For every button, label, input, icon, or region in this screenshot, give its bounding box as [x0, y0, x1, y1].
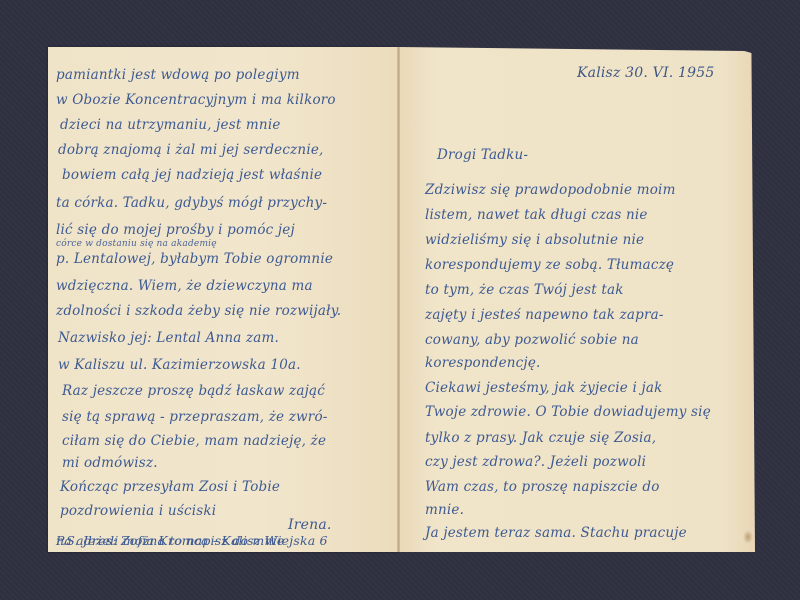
- right-line-5: to tym, że czas Twój jest tak: [425, 282, 624, 298]
- left-line-5: bowiem całą jej nadzieją jest właśnie: [62, 167, 322, 183]
- left-line-12: w Kaliszu ul. Kazimierzowska 10a.: [58, 357, 301, 373]
- right-line-1: Zdziwisz się prawdopodobnie moim: [425, 182, 676, 198]
- right-line-8: korespondencję.: [425, 355, 541, 371]
- right-line-9: Ciekawi jesteśmy, jak żyjecie i jak: [425, 380, 663, 396]
- dateline: Kalisz 30. VI. 1955: [577, 65, 714, 81]
- left-page: pamiantki jest wdową po polegiym w Obozi…: [48, 47, 398, 552]
- right-line-12: czy jest zdrowa?. Jeżeli pozwoli: [425, 454, 646, 470]
- left-line-13: Raz jeszcze proszę bądź łaskaw zająć: [62, 383, 325, 399]
- left-line-1: pamiantki jest wdową po polegiym: [56, 67, 300, 83]
- salutation: Drogi Tadku-: [437, 147, 528, 163]
- signature: Irena.: [288, 517, 332, 533]
- page-fold: [397, 47, 400, 552]
- right-line-6: zajęty i jesteś napewno tak zapra-: [425, 307, 664, 323]
- paper-stain: [743, 530, 753, 544]
- left-line-14: się tą sprawą - przepraszam, że zwró-: [62, 409, 328, 425]
- left-line-9: wdzięczna. Wiem, że dziewczyna ma: [56, 278, 313, 294]
- right-line-3: widzieliśmy się i absolutnie nie: [425, 232, 644, 248]
- right-page: Kalisz 30. VI. 1955 Drogi Tadku- Zdziwis…: [399, 47, 755, 552]
- left-line-18: pozdrowienia i uściski: [60, 503, 216, 519]
- left-line-16: mi odmówisz.: [62, 455, 158, 471]
- left-line-8: p. Lentalowej, byłabym Tobie ogromnie: [56, 251, 333, 267]
- left-line-10: zdolności i szkoda żeby się nie rozwijał…: [56, 303, 341, 319]
- left-line-15: ciłam się do Ciebie, mam nadzieję, że: [62, 433, 326, 449]
- left-line-7: lić się do mojej prośby i pomóc jej: [56, 222, 295, 238]
- left-line-11: Nazwisko jej: Lental Anna zam.: [58, 330, 279, 346]
- left-line-6: ta córka. Tadku, gdybyś mógł przychy-: [56, 195, 327, 211]
- left-line-3: dzieci na utrzymaniu, jest mnie: [60, 117, 281, 133]
- letter-sheet: pamiantki jest wdową po polegiym w Obozi…: [48, 47, 755, 552]
- right-line-11: tylko z prasy. Jak czuje się Zosia,: [425, 430, 656, 446]
- right-line-10: Twoje zdrowie. O Tobie dowiadujemy się: [425, 404, 711, 420]
- right-line-14: mnie.: [425, 502, 464, 518]
- right-line-7: cowany, aby pozwolić sobie na: [425, 332, 639, 348]
- left-line-2: w Obozie Koncentracyjnym i ma kilkoro: [56, 92, 336, 108]
- right-line-15: Ja jestem teraz sama. Stachu pracuje: [425, 525, 687, 541]
- left-line-4: dobrą znajomą i żal mi jej serdecznie,: [58, 142, 324, 158]
- postscript-line-2: na adres: Zofia Kromca - Kalisz Wiejska …: [56, 533, 328, 548]
- right-line-4: korespondujemy ze sobą. Tłumaczę: [425, 257, 674, 273]
- interlinear-note: córce w dostaniu się na akademię: [56, 239, 217, 249]
- right-line-13: Wam czas, to proszę napiszcie do: [425, 479, 660, 495]
- left-line-17: Kończąc przesyłam Zosi i Tobie: [60, 479, 280, 495]
- right-line-2: listem, nawet tak długi czas nie: [425, 207, 648, 223]
